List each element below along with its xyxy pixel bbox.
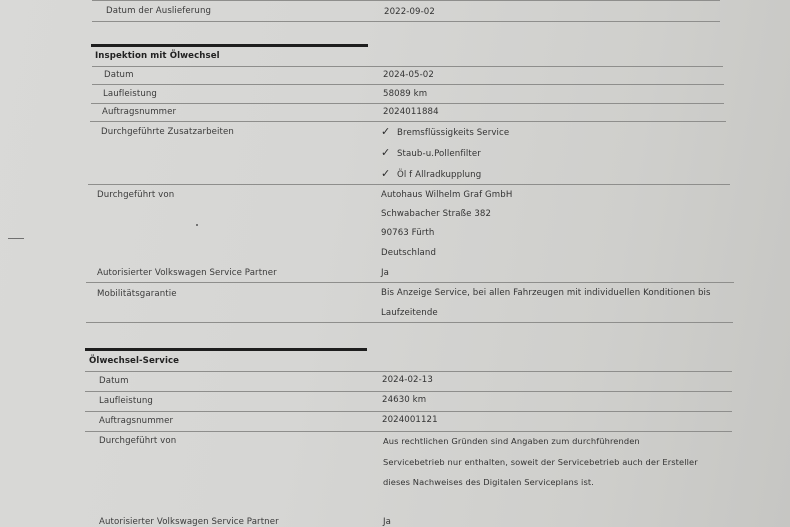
row-value: 24630 km bbox=[382, 395, 426, 405]
section-title: Inspektion mit Ölwechsel bbox=[95, 51, 220, 61]
section-title: Ölwechsel-Service bbox=[89, 356, 179, 366]
checkmark-icon: ✓ bbox=[381, 146, 390, 159]
row-label: Autorisierter Volkswagen Service Partner bbox=[99, 517, 279, 527]
row-value: Ja bbox=[381, 268, 389, 278]
row-value-line: dieses Nachweises des Digitalen Servicep… bbox=[383, 477, 594, 487]
row-label: Durchgeführt von bbox=[99, 436, 176, 446]
delivery-date-label: Datum der Auslieferung bbox=[106, 6, 211, 16]
row-label: Laufleistung bbox=[99, 396, 153, 406]
speck bbox=[196, 224, 198, 226]
check-item: Staub-u.Pollenfilter bbox=[397, 149, 481, 159]
row-value: 2024001121 bbox=[382, 415, 438, 425]
divider bbox=[92, 84, 724, 85]
divider bbox=[92, 0, 720, 1]
row-label: Auftragsnummer bbox=[102, 107, 176, 117]
margin-mark bbox=[8, 238, 24, 239]
divider bbox=[90, 121, 726, 122]
delivery-date-value: 2022-09-02 bbox=[384, 7, 435, 17]
row-value-line: Servicebetrieb nur enthalten, soweit der… bbox=[383, 457, 698, 467]
divider bbox=[91, 103, 724, 104]
divider bbox=[92, 66, 723, 67]
row-value: Ja bbox=[383, 517, 391, 527]
divider bbox=[86, 322, 733, 323]
row-label: Auftragsnummer bbox=[99, 416, 173, 426]
service-record-document: Datum der Auslieferung 2022-09-02 Inspek… bbox=[0, 0, 790, 527]
address-line: 90763 Fürth bbox=[381, 228, 434, 238]
row-label: Durchgeführt von bbox=[97, 190, 174, 200]
divider bbox=[86, 282, 734, 283]
row-label: Datum bbox=[99, 376, 129, 386]
row-value: 2024011884 bbox=[383, 107, 439, 117]
section-heading-rule bbox=[91, 44, 368, 47]
checkmark-icon: ✓ bbox=[381, 167, 390, 180]
address-line: Deutschland bbox=[381, 248, 436, 258]
row-label: Laufleistung bbox=[103, 89, 157, 99]
row-value-line: Laufzeitende bbox=[381, 308, 438, 318]
section-heading-rule bbox=[85, 348, 367, 351]
row-label: Autorisierter Volkswagen Service Partner bbox=[97, 268, 277, 278]
row-value-line: Aus rechtlichen Gründen sind Angaben zum… bbox=[383, 436, 640, 446]
row-value: 58089 km bbox=[383, 89, 427, 99]
divider bbox=[88, 184, 730, 185]
divider bbox=[85, 391, 732, 392]
row-value: 2024-05-02 bbox=[383, 70, 434, 80]
checkmark-icon: ✓ bbox=[381, 125, 390, 138]
check-item: Öl f Allradkupplung bbox=[397, 170, 481, 180]
divider bbox=[85, 431, 732, 432]
row-value-line: Bis Anzeige Service, bei allen Fahrzeuge… bbox=[381, 288, 711, 298]
row-value: 2024-02-13 bbox=[382, 375, 433, 385]
row-label: Durchgeführte Zusatzarbeiten bbox=[101, 127, 234, 137]
address-line: Autohaus Wilhelm Graf GmbH bbox=[381, 190, 512, 200]
divider bbox=[92, 21, 720, 22]
check-item: Bremsflüssigkeits Service bbox=[397, 128, 509, 138]
divider bbox=[85, 371, 732, 372]
row-label: Datum bbox=[104, 70, 134, 80]
divider bbox=[85, 411, 732, 412]
address-line: Schwabacher Straße 382 bbox=[381, 209, 491, 219]
row-label: Mobilitätsgarantie bbox=[97, 289, 177, 299]
